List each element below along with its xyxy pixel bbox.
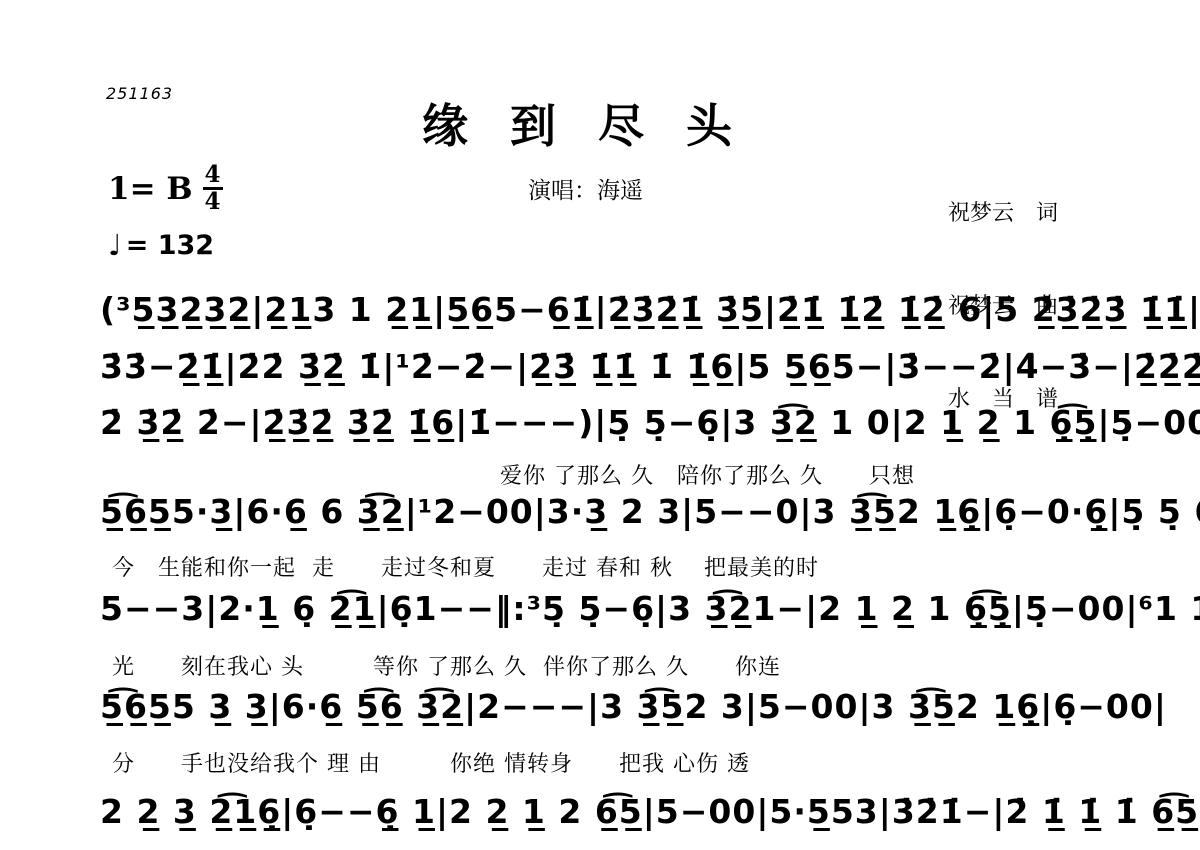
lyrics-line-1: 爱你 了那么 久 陪你了那么 久 只想 [500, 459, 915, 490]
time-signature-denominator: 4 [203, 190, 223, 214]
lyrics-line-2: 今 生能和你一起 走 走过冬和夏 走过 春和 秋 把最美的时 [112, 551, 819, 582]
tempo-marking: ♩ = 132 [108, 228, 214, 262]
music-line-7: 2 2̲ 3̲ 2̲͡1̲6̲̣|6̣−−6̲̣ 1̲|2 2̲ 1̲ 2 6̲… [100, 792, 1200, 832]
music-line-5: 5−−3|2·1̲ 6̣ 2̲͡1̲|6̣1−−‖:³5̣ 5̣−6̣|3 3̲… [100, 589, 1200, 629]
music-line-1: (³5̲3̲2̲3̲2̲|2̲1̲3 1 2̲1̲|5̲6̲5−6̲1̲̇|2̲… [100, 290, 1200, 330]
credit-lyricist: 祝梦云 词 [948, 198, 1058, 229]
time-signature: 4 4 [203, 163, 223, 214]
lyrics-line-4: 分 手也没给我个 理 由 你绝 情转身 把我 心伤 透 [112, 747, 750, 778]
quarter-note-icon: ♩ [108, 228, 122, 262]
tempo-value: = 132 [126, 230, 214, 261]
key-signature: 1= B 4 4 [108, 163, 223, 214]
performer-label: 演唱：海遥 [528, 172, 643, 205]
lyrics-line-3: 光 刻在我心 头 等你 了那么 久 伴你了那么 久 你连 [112, 650, 781, 681]
time-signature-numerator: 4 [203, 163, 223, 190]
music-line-3: 2̇ 3̲̇2̲̇ 2̇−|2̲̇3̲̇2̲̇ 3̲̇2̲̇ 1̲̇6̲|1̇−… [100, 403, 1200, 443]
music-line-2: 3̇3̇−2̲̇1̲̇|2̇2̇ 3̲̇2̲̇ 1̇|¹2̇−2̇−|2̲̇3̲… [100, 347, 1200, 387]
music-line-6: 5̲͡6̲5̲5 3̲ 3̲|6·6̲ 5̲͡6̲ 3̲͡2̲|2−−−|3 3… [100, 687, 1167, 727]
key-label: 1= B [108, 171, 193, 207]
music-line-4: 5̲͡6̲5̲5·3̲|6·6̲ 6 3̲͡2̲|¹2−00|3·3̲ 2 3|… [100, 492, 1200, 532]
